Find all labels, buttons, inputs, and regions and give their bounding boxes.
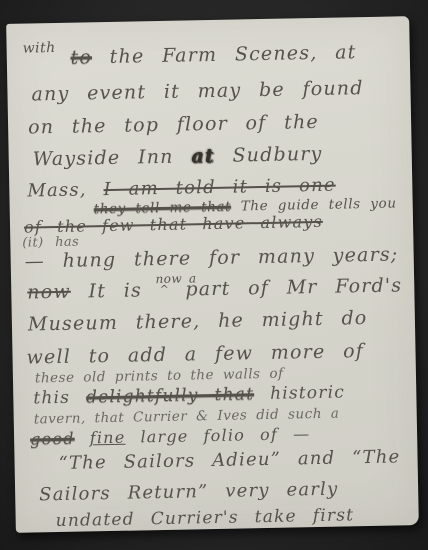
handwritten-line: Museum there, he might do	[28, 307, 368, 336]
struck-text: I am told it is one	[103, 175, 336, 200]
handwritten-line: — hung there for many years;	[25, 243, 399, 272]
handwritten-line: good fine large folio of —	[30, 424, 311, 448]
underlined-text: fine	[90, 428, 126, 448]
inserted-word-anchor: with	[23, 45, 53, 65]
ink-blotted-text: at	[191, 145, 215, 167]
handwritten-text: Museum there, he might do	[28, 307, 368, 336]
struck-text: of the few that have always	[24, 212, 323, 237]
photo-mount-background: with to the Farm Scenes, at any event it…	[0, 0, 428, 550]
handwritten-text: Sudbury	[232, 143, 322, 167]
handwritten-text: the Farm Scenes, at	[109, 41, 356, 68]
struck-text: delightfully that	[86, 384, 254, 407]
handwritten-text: Mass,	[27, 179, 87, 201]
inserted-text: (it) has	[22, 235, 79, 251]
handwritten-line: “The Sailors Adieu” and “The	[58, 446, 400, 474]
handwritten-text: Sailors Return” very early	[39, 479, 339, 506]
handwritten-line: any event it may be found	[31, 77, 364, 105]
handwritten-text: Wayside Inn	[33, 146, 174, 171]
handwritten-line: this delightfully that historic	[33, 382, 345, 408]
handwritten-text: well to add a few more of	[26, 340, 364, 368]
handwritten-line: of the few that have always	[24, 212, 323, 237]
handwritten-text: — hung there for many years;	[25, 243, 399, 272]
handwritten-text: historic	[270, 382, 345, 403]
struck-text: good	[30, 429, 75, 449]
handwritten-text: part of Mr Ford's	[185, 274, 402, 300]
manuscript-page: with to the Farm Scenes, at any event it…	[6, 16, 419, 533]
handwritten-line: on the top floor of the	[28, 111, 319, 139]
struck-text: to	[70, 46, 92, 68]
handwritten-line: Wayside Inn at Sudbury	[33, 143, 323, 171]
handwritten-text: large folio of —	[140, 424, 310, 446]
handwritten-line: (it) has	[22, 235, 79, 251]
inserted-word-anchor: now a^	[159, 277, 167, 296]
caret-mark: ^	[160, 283, 171, 296]
handwritten-line: well to add a few more of	[26, 340, 364, 368]
handwritten-line: with to the Farm Scenes, at	[23, 39, 357, 69]
handwritten-line: these old prints to the walls of	[35, 366, 284, 387]
handwritten-text: “The Sailors Adieu” and “The	[58, 446, 400, 474]
handwritten-line: Sailors Return” very early	[39, 479, 339, 506]
handwritten-text: these old prints to the walls of	[35, 366, 284, 387]
handwritten-text: on the top floor of the	[28, 111, 319, 139]
handwritten-text: this	[33, 388, 70, 409]
struck-text: now	[27, 281, 71, 304]
handwritten-line: undated Currier's take first	[56, 505, 355, 531]
handwritten-text: undated Currier's take first	[56, 505, 355, 531]
handwritten-text: It is	[88, 279, 142, 302]
inserted-text: with	[22, 40, 55, 57]
handwritten-line: now It is now a^ part of Mr Ford's	[27, 272, 402, 303]
handwritten-text: any event it may be found	[31, 77, 364, 105]
